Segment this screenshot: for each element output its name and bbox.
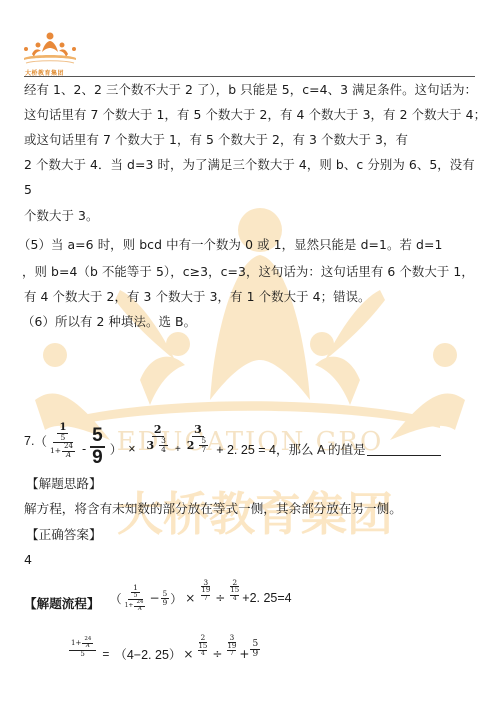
solution-line: 这句话里有 7 个数大于 1，有 5 个数大于 2，有 4 个数大于 3，有 2… xyxy=(24,107,486,123)
solution-line: 个数大于 3。 xyxy=(24,208,98,224)
solution-line: 有 4 个数大于 2，有 3 个数大于 3，有 1 个数大于 4；错误。 xyxy=(24,289,371,305)
question-7: 7. （ 1 5 1+ 24 A - 5 9 xyxy=(24,412,441,470)
answer-blank[interactable] xyxy=(367,443,441,456)
question-number: 7. xyxy=(24,434,34,448)
solution-line: 5 xyxy=(24,182,32,198)
paren: （ xyxy=(34,432,47,450)
solution-line: 或这句话里有 7 个数大于 1，有 5 个数大于 2，有 3 个数大于 3，有 xyxy=(24,132,408,148)
thinking-title: 【解题思路】 xyxy=(26,473,102,492)
process-line-1: 【解题流程】 （ 1 5 1+ 24A − 59 ） × 3 19 xyxy=(24,588,292,617)
solution-line: ，则 b=4（b 不能等于 5），c≥3，c=3，这句话为：这句话里有 6 个数… xyxy=(22,264,474,280)
process-line-2: 1+ 24A 5 = （4−2. 25） × 2 15 4 ÷ 3 19 7 xyxy=(68,642,261,666)
complex-fraction-1: 2 3 3 4 xyxy=(145,424,171,453)
process-title: 【解题流程】 xyxy=(24,593,100,612)
solution-line: 2 个数大于 4．当 d=3 时，为了满足三个数大于 4，则 b、c 分别为 6… xyxy=(24,157,475,173)
answer-title: 【正确答案】 xyxy=(26,524,102,543)
answer-value: 4 xyxy=(24,552,32,567)
complex-fraction-2: 3 2 5 7 xyxy=(185,424,211,453)
solution-line: （6）所以有 2 种填法。选 B。 xyxy=(22,314,196,330)
big-fraction: 5 9 xyxy=(90,426,105,468)
header-divider xyxy=(24,76,475,77)
solution-line: （5）当 a=6 时，则 bcd 中有一个数为 0 或 1，显然只能是 d=1。… xyxy=(18,237,442,253)
solution-line: 经有 1、2、2 三个数不大于 2 了），b 只能是 5，c=4、3 满足条件。… xyxy=(24,82,477,98)
thinking-text: 解方程，将含有未知数的部分放在等式一侧，其余部分放在另一侧。 xyxy=(24,498,402,517)
nested-fraction: 1 5 1+ 24 A xyxy=(48,423,78,459)
